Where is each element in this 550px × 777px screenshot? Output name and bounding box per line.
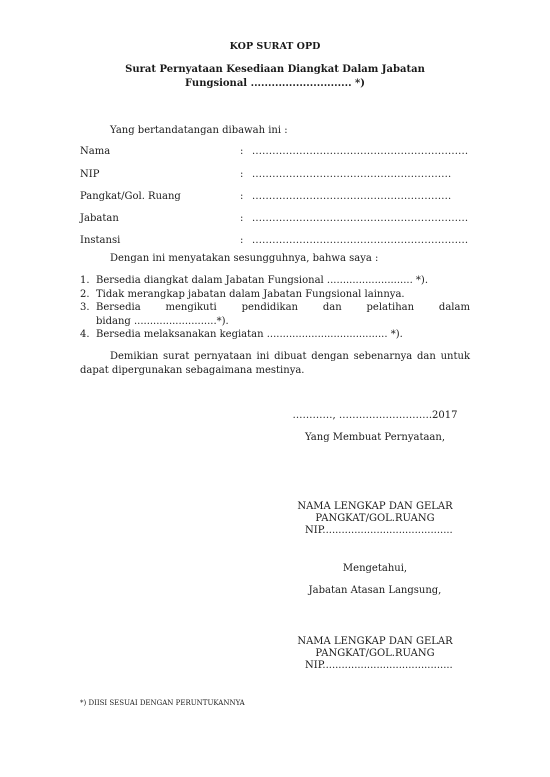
maker-label: Yang Membuat Pernyataan, xyxy=(290,432,460,443)
superior-rank: PANGKAT/GOL.RUANG xyxy=(290,648,460,659)
field-pangkat: Pangkat/Gol. Ruang:.....................… xyxy=(80,191,451,202)
letterhead-placeholder: KOP SURAT OPD xyxy=(0,41,550,52)
maker-name: NAMA LENGKAP DAN GELAR xyxy=(290,501,460,512)
field-label: NIP xyxy=(80,169,240,180)
document-title-line-2: Fungsional .............................… xyxy=(0,78,550,89)
field-label: Instansi xyxy=(80,235,240,246)
superior-label: Jabatan Atasan Langsung, xyxy=(290,585,460,596)
word: pelatihan xyxy=(367,301,415,315)
maker-rank: PANGKAT/GOL.RUANG xyxy=(290,513,460,524)
field-label: Jabatan xyxy=(80,213,240,224)
declaration-list: 1. Bersedia diangkat dalam Jabatan Fungs… xyxy=(80,274,470,342)
field-value[interactable]: ........................................… xyxy=(252,169,451,180)
maker-nip: NIP.....................................… xyxy=(305,525,453,536)
list-number: 3. xyxy=(80,301,90,315)
acknowledged-label: Mengetahui, xyxy=(290,563,460,574)
list-text: Bersedia diangkat dalam Jabatan Fungsion… xyxy=(96,275,428,286)
word: dalam xyxy=(439,301,470,315)
field-instansi: Instansi:...............................… xyxy=(80,235,468,246)
list-text-justified: Bersedia mengikuti pendidikan dan pelati… xyxy=(96,301,470,315)
list-text: Bersedia melaksanakan kegiatan .........… xyxy=(96,329,403,340)
footnote: *) DIISI SESUAI DENGAN PERUNTUKANNYA xyxy=(80,699,245,707)
field-value[interactable]: ........................................… xyxy=(252,191,451,202)
list-text-continuation: bidang ..........................*). xyxy=(96,315,470,329)
list-item: 3. Bersedia mengikuti pendidikan dan pel… xyxy=(80,301,470,328)
list-text: Tidak merangkap jabatan dalam Jabatan Fu… xyxy=(96,289,405,300)
field-label: Nama xyxy=(80,146,240,157)
field-colon: : xyxy=(240,235,252,246)
field-colon: : xyxy=(240,213,252,224)
superior-nip: NIP.....................................… xyxy=(305,660,453,671)
field-colon: : xyxy=(240,169,252,180)
word: mengikuti xyxy=(166,301,217,315)
field-nama: Nama:...................................… xyxy=(80,146,468,157)
field-colon: : xyxy=(240,191,252,202)
field-jabatan: Jabatan:................................… xyxy=(80,213,468,224)
place-date: …………, ……………………….2017 xyxy=(290,410,460,421)
field-label: Pangkat/Gol. Ruang xyxy=(80,191,240,202)
statement-text: Dengan ini menyatakan sesungguhnya, bahw… xyxy=(110,253,378,264)
list-item: 2. Tidak merangkap jabatan dalam Jabatan… xyxy=(80,288,470,302)
field-value[interactable]: ........................................… xyxy=(252,235,468,246)
intro-text: Yang bertandatangan dibawah ini : xyxy=(110,125,288,136)
word: Bersedia xyxy=(96,301,141,315)
document-title-line-1: Surat Pernyataan Kesediaan Diangkat Dala… xyxy=(0,64,550,75)
field-nip: NIP:....................................… xyxy=(80,169,451,180)
list-number: 1. xyxy=(80,274,90,288)
closing-paragraph: Demikian surat pernyataan ini dibuat den… xyxy=(80,350,470,377)
field-value[interactable]: ........................................… xyxy=(252,146,468,157)
list-item: 4. Bersedia melaksanakan kegiatan ......… xyxy=(80,328,470,342)
field-value[interactable]: ........................................… xyxy=(252,213,468,224)
word: dan xyxy=(323,301,342,315)
superior-name: NAMA LENGKAP DAN GELAR xyxy=(290,636,460,647)
word: pendidikan xyxy=(242,301,298,315)
list-item: 1. Bersedia diangkat dalam Jabatan Fungs… xyxy=(80,274,470,288)
field-colon: : xyxy=(240,146,252,157)
list-number: 2. xyxy=(80,288,90,302)
list-number: 4. xyxy=(80,328,90,342)
